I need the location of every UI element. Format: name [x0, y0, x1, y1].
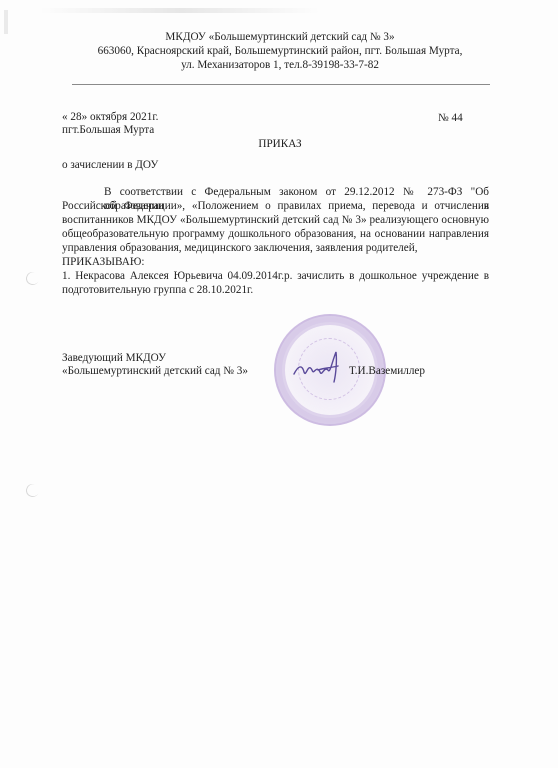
body-line: общеобразовательную программу дошкольног…: [62, 228, 489, 242]
document-subject: о зачислении в ДОУ: [62, 159, 158, 172]
body-line: воспитанников МКДОУ «Большемуртинский де…: [62, 214, 489, 228]
punch-hole-mark: [24, 482, 41, 499]
document-number: № 44: [438, 112, 463, 125]
org-address: 663060, Красноярский край, Большемуртинс…: [60, 44, 500, 58]
header-divider: [72, 84, 490, 85]
signer-position: Заведующий МКДОУ: [62, 352, 166, 365]
scan-artifact: [4, 10, 8, 34]
order-item: 1. Некрасова Алексея Юрьевича 04.09.2014…: [62, 270, 489, 284]
document-date: « 28» октября 2021г.: [62, 111, 158, 124]
body-line: управления образования, медицинского зак…: [62, 242, 418, 255]
order-item-continuation: подготовительную группа с 28.10.2021г.: [62, 284, 253, 297]
document-title: ПРИКАЗ: [200, 138, 360, 151]
signer-organization: «Большемуртинский детский сад № 3»: [62, 365, 248, 378]
punch-hole-mark: [24, 270, 41, 287]
document-page: МКДОУ «Большемуртинский детский сад № 3»…: [0, 0, 558, 768]
document-place: пгт.Большая Мурта: [62, 124, 154, 137]
order-word: ПРИКАЗЫВАЮ:: [62, 256, 144, 269]
body-line: Российской Федерации», «Положением о пра…: [62, 200, 489, 214]
signer-name: Т.И.Ваземиллер: [349, 365, 425, 378]
scan-artifact: [40, 8, 320, 13]
signature-icon: [290, 344, 350, 388]
org-name: МКДОУ «Большемуртинский детский сад № 3»: [60, 30, 500, 44]
org-address-street: ул. Механизаторов 1, тел.8-39198-33-7-82: [60, 58, 500, 72]
